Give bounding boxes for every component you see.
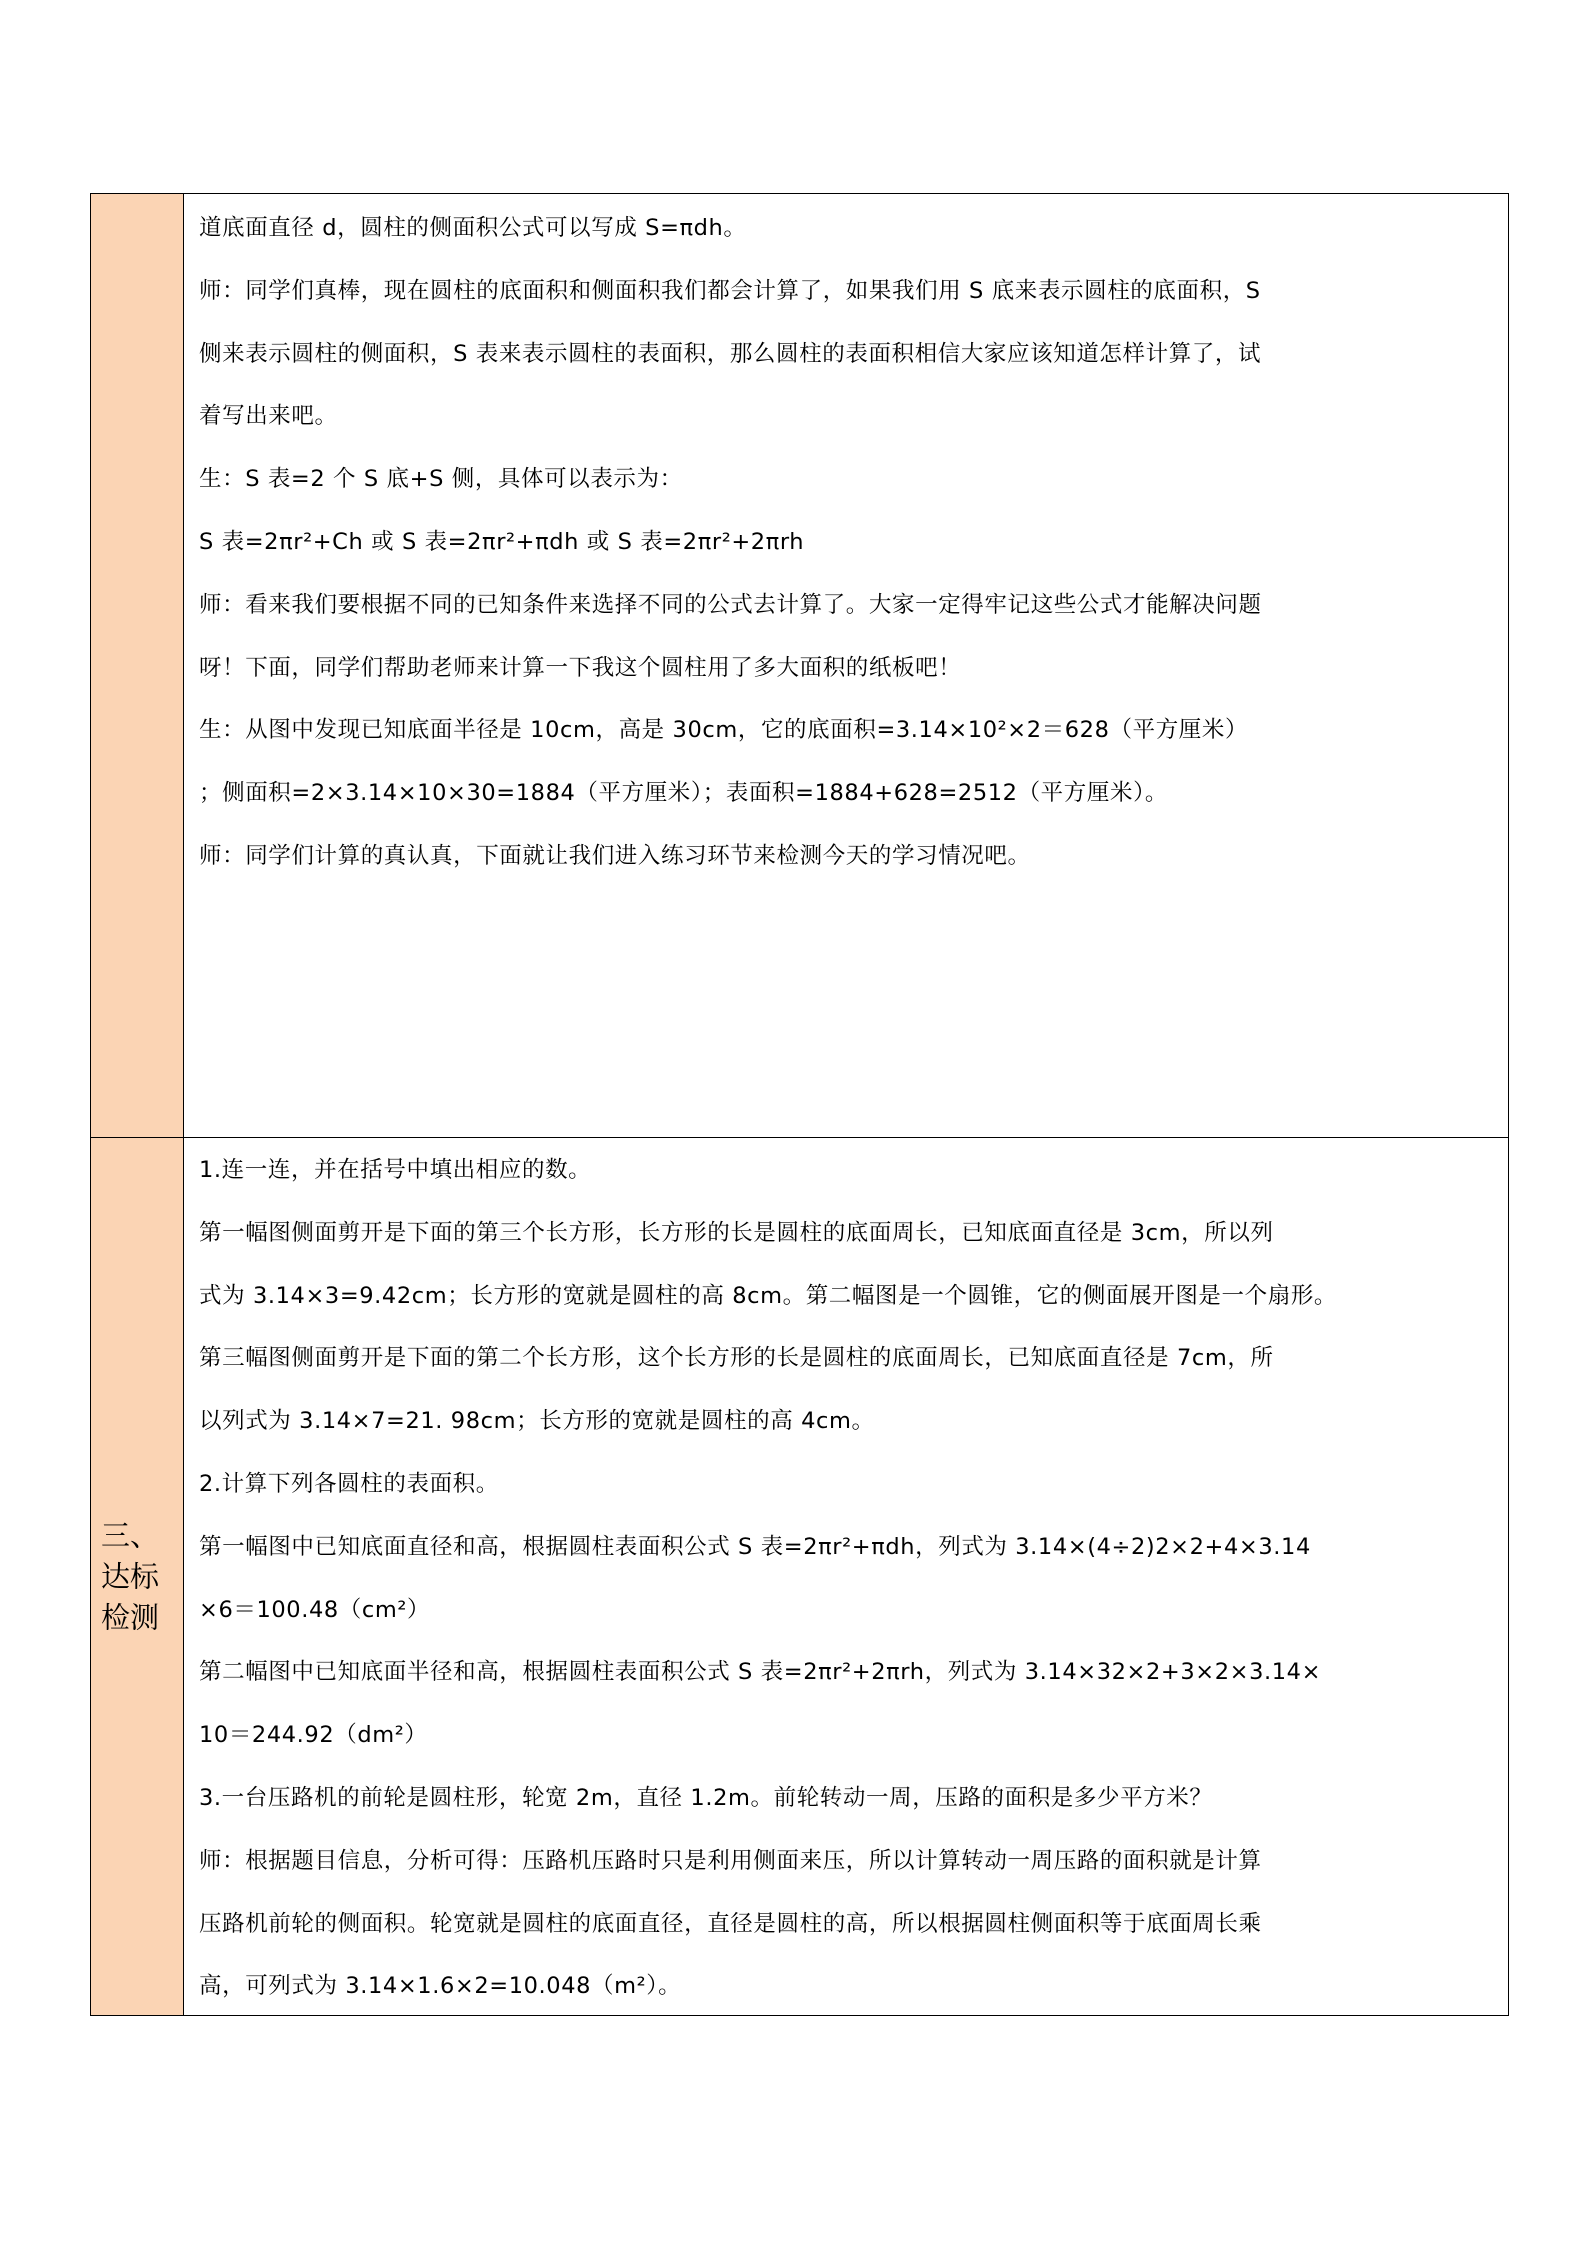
text-line: 第二幅图中已知底面半径和高，根据圆柱表面积公式 S 表=2πr²+2πrh，列式… (199, 1641, 1494, 1704)
text-line: 师：根据题目信息，分析可得：压路机压路时只是利用侧面来压，所以计算转动一周压路的… (199, 1830, 1494, 1893)
exercise-heading: 3.一台压路机的前轮是圆柱形，轮宽 2m，直径 1.2m。前轮转动一周，压路的面… (199, 1767, 1494, 1830)
text-line: 道底面直径 d，圆柱的侧面积公式可以写成 S=πdh。 (199, 197, 1494, 260)
text-line: 师：同学们计算的真认真，下面就让我们进入练习环节来检测今天的学习情况吧。 (199, 825, 1494, 888)
assessment-exercises: 1.连一连，并在括号中填出相应的数。 第一幅图侧面剪开是下面的第三个长方形，长方… (199, 1138, 1494, 2018)
text-line: 师：同学们真棒，现在圆柱的底面积和侧面积我们都会计算了，如果我们用 S 底来表示… (199, 260, 1494, 323)
table-row-assessment: 三、 达标 检测 1.连一连，并在括号中填出相应的数。 第一幅图侧面剪开是下面的… (91, 1137, 1508, 2015)
section-label-line: 检测 (101, 1597, 181, 1638)
text-line: ×6＝100.48（cm²） (199, 1579, 1494, 1642)
formula-line: S 表=2πr²+Ch 或 S 表=2πr²+πdh 或 S 表=2πr²+2π… (199, 511, 1494, 574)
section-label-cell (91, 194, 184, 1137)
text-line: 第一幅图侧面剪开是下面的第三个长方形，长方形的长是圆柱的底面周长，已知底面直径是… (199, 1202, 1494, 1265)
text-line: 生：S 表=2 个 S 底+S 侧，具体可以表示为： (199, 448, 1494, 511)
lesson-content-cell: 道底面直径 d，圆柱的侧面积公式可以写成 S=πdh。 师：同学们真棒，现在圆柱… (184, 194, 1508, 1137)
assessment-content-cell: 1.连一连，并在括号中填出相应的数。 第一幅图侧面剪开是下面的第三个长方形，长方… (184, 1138, 1508, 2015)
text-line: ；侧面积=2×3.14×10×30=1884（平方厘米）；表面积=1884+62… (199, 762, 1494, 825)
text-line: 师：看来我们要根据不同的已知条件来选择不同的公式去计算了。大家一定得牢记这些公式… (199, 574, 1494, 637)
text-line: 高，可列式为 3.14×1.6×2=10.048（m²）。 (199, 1955, 1494, 2018)
text-line: 第一幅图中已知底面直径和高，根据圆柱表面积公式 S 表=2πr²+πdh，列式为… (199, 1516, 1494, 1579)
text-line: 第三幅图侧面剪开是下面的第二个长方形，这个长方形的长是圆柱的底面周长，已知底面直… (199, 1327, 1494, 1390)
exercise-heading: 2.计算下列各圆柱的表面积。 (199, 1453, 1494, 1516)
text-line: 呀！下面，同学们帮助老师来计算一下我这个圆柱用了多大面积的纸板吧！ (199, 637, 1494, 700)
text-line: 式为 3.14×3=9.42cm；长方形的宽就是圆柱的高 8cm。第二幅图是一个… (199, 1265, 1494, 1328)
section-label-line: 三、 (101, 1515, 181, 1556)
text-line: 侧来表示圆柱的侧面积，S 表来表示圆柱的表面积，那么圆柱的表面积相信大家应该知道… (199, 323, 1494, 386)
table-row-continued-lesson: 道底面直径 d，圆柱的侧面积公式可以写成 S=πdh。 师：同学们真棒，现在圆柱… (91, 194, 1508, 1137)
lesson-dialogue: 道底面直径 d，圆柱的侧面积公式可以写成 S=πdh。 师：同学们真棒，现在圆柱… (199, 194, 1494, 888)
text-line: 生：从图中发现已知底面半径是 10cm，高是 30cm，它的底面积=3.14×1… (199, 699, 1494, 762)
text-line: 着写出来吧。 (199, 385, 1494, 448)
section-label-line: 达标 (101, 1556, 181, 1597)
exercise-heading: 1.连一连，并在括号中填出相应的数。 (199, 1139, 1494, 1202)
text-line: 以列式为 3.14×7=21. 98cm；长方形的宽就是圆柱的高 4cm。 (199, 1390, 1494, 1453)
lesson-plan-table: 道底面直径 d，圆柱的侧面积公式可以写成 S=πdh。 师：同学们真棒，现在圆柱… (90, 193, 1509, 2016)
text-line: 压路机前轮的侧面积。轮宽就是圆柱的底面直径，直径是圆柱的高，所以根据圆柱侧面积等… (199, 1893, 1494, 1956)
text-line: 10＝244.92（dm²） (199, 1704, 1494, 1767)
section-label: 三、 达标 检测 (101, 1515, 181, 1638)
section-label-cell: 三、 达标 检测 (91, 1138, 184, 2015)
